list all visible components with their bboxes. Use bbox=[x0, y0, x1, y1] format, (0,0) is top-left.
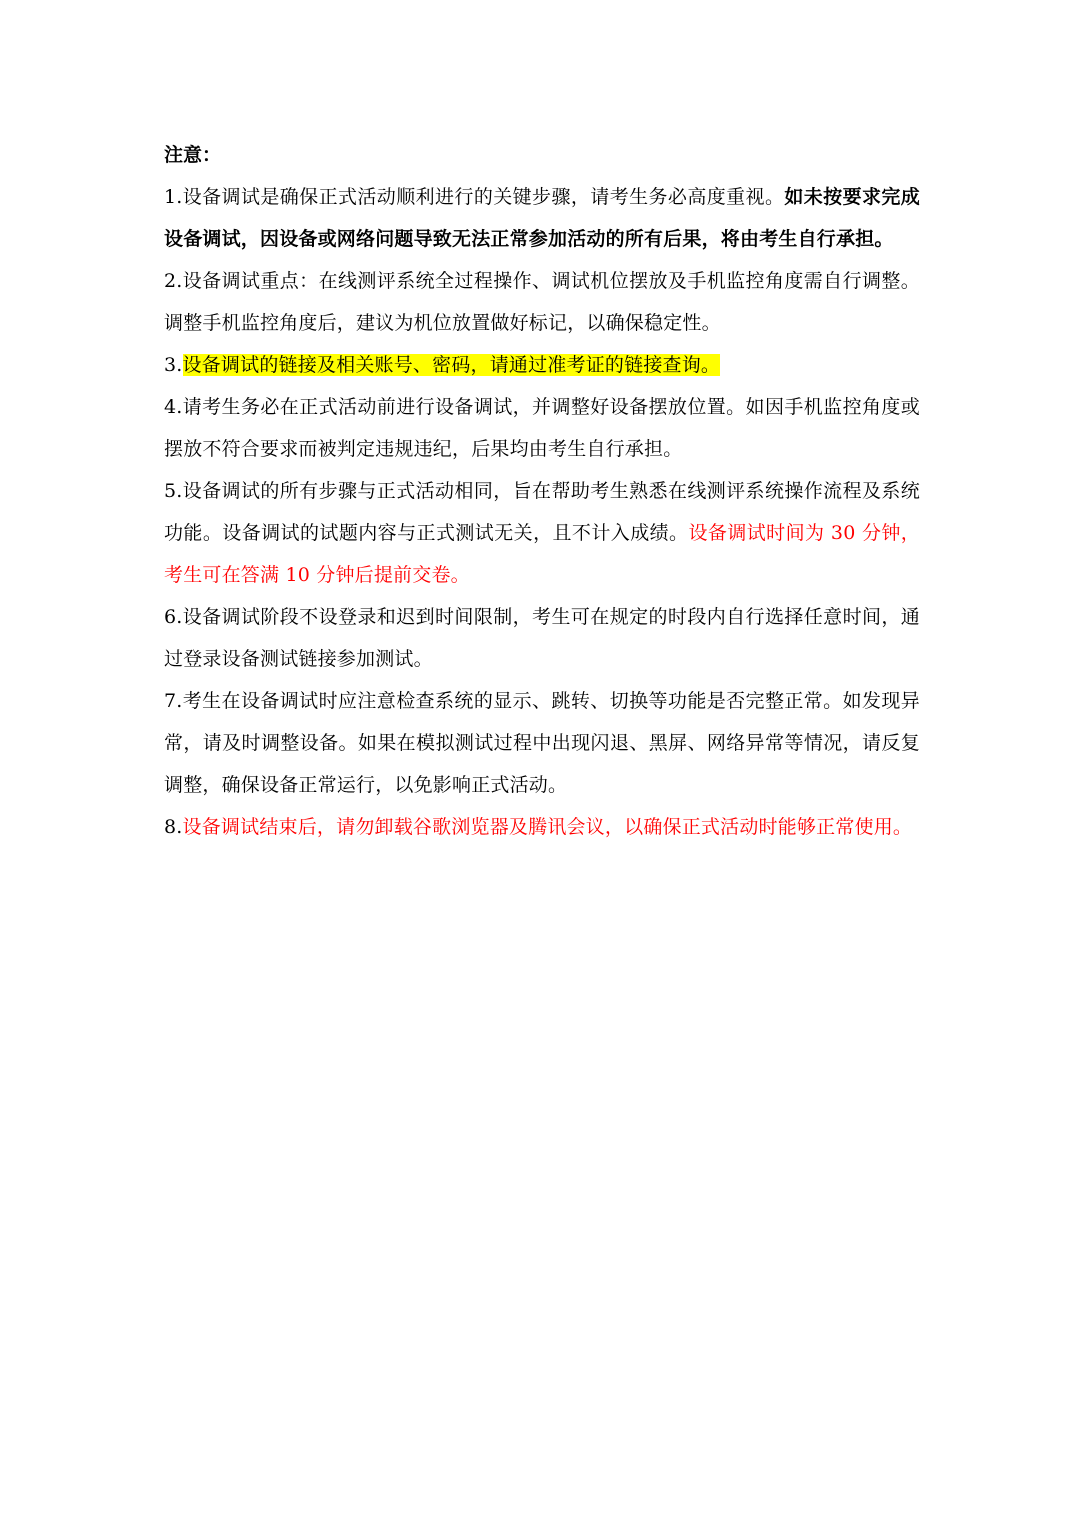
notice-item-6: 6.设备调试阶段不设登录和迟到时间限制，考生可在规定的时段内自行选择任意时间，通… bbox=[164, 596, 920, 680]
item-text-red: 设备调试结束后，请勿卸载谷歌浏览器及腾讯会议，以确保正式活动时能够正常使用。 bbox=[183, 816, 913, 838]
item-number: 2. bbox=[164, 270, 183, 292]
item-number: 7. bbox=[164, 690, 183, 712]
item-text-highlighted: 设备调试的链接及相关账号、密码，请通过准考证的链接查询。 bbox=[183, 354, 721, 376]
item-text: 设备调试是确保正式活动顺利进行的关键步骤，请考生务必高度重视。 bbox=[183, 186, 785, 208]
notice-item-1: 1.设备调试是确保正式活动顺利进行的关键步骤，请考生务必高度重视。如未按要求完成… bbox=[164, 176, 920, 260]
item-text: 设备调试重点：在线测评系统全过程操作、调试机位摆放及手机监控角度需自行调整。调整… bbox=[164, 270, 920, 334]
item-number: 8. bbox=[164, 816, 183, 838]
item-number: 5. bbox=[164, 480, 183, 502]
item-number: 1. bbox=[164, 186, 183, 208]
item-number: 4. bbox=[164, 396, 183, 418]
item-text: 考生在设备调试时应注意检查系统的显示、跳转、切换等功能是否完整正常。如发现异常，… bbox=[164, 690, 920, 796]
item-text: 设备调试阶段不设登录和迟到时间限制，考生可在规定的时段内自行选择任意时间，通过登… bbox=[164, 606, 920, 670]
notice-heading: 注意： bbox=[164, 134, 920, 176]
document-page: 注意： 1.设备调试是确保正式活动顺利进行的关键步骤，请考生务必高度重视。如未按… bbox=[164, 134, 920, 848]
notice-item-4: 4.请考生务必在正式活动前进行设备调试，并调整好设备摆放位置。如因手机监控角度或… bbox=[164, 386, 920, 470]
notice-item-3: 3.设备调试的链接及相关账号、密码，请通过准考证的链接查询。 bbox=[164, 344, 920, 386]
item-text: 请考生务必在正式活动前进行设备调试，并调整好设备摆放位置。如因手机监控角度或摆放… bbox=[164, 396, 920, 460]
notice-item-2: 2.设备调试重点：在线测评系统全过程操作、调试机位摆放及手机监控角度需自行调整。… bbox=[164, 260, 920, 344]
item-number: 3. bbox=[164, 354, 183, 376]
notice-item-8: 8.设备调试结束后，请勿卸载谷歌浏览器及腾讯会议，以确保正式活动时能够正常使用。 bbox=[164, 806, 920, 848]
notice-item-5: 5.设备调试的所有步骤与正式活动相同，旨在帮助考生熟悉在线测评系统操作流程及系统… bbox=[164, 470, 920, 596]
notice-item-7: 7.考生在设备调试时应注意检查系统的显示、跳转、切换等功能是否完整正常。如发现异… bbox=[164, 680, 920, 806]
item-number: 6. bbox=[164, 606, 183, 628]
